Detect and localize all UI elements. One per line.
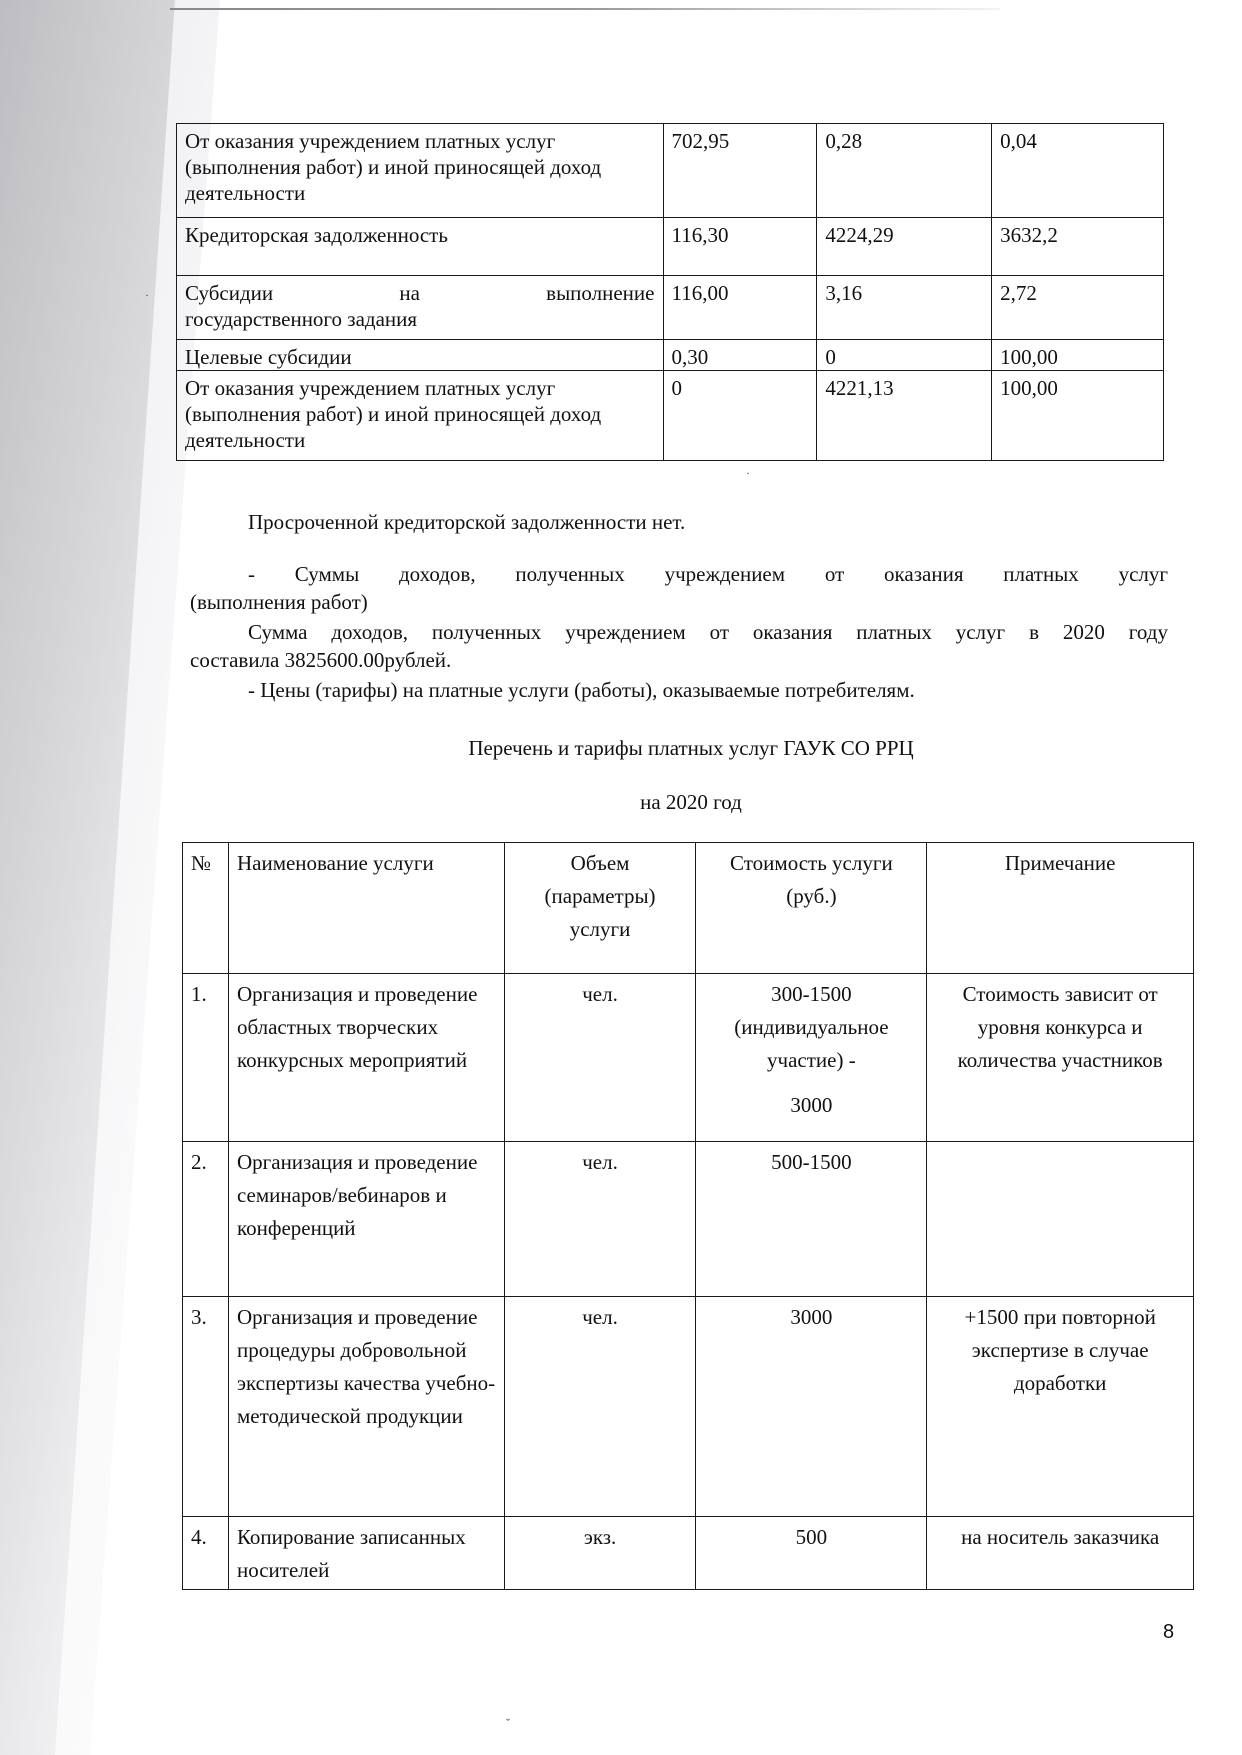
value-cell: 702,95 bbox=[663, 124, 817, 218]
value-cell: 0 bbox=[817, 340, 992, 371]
page-number: 8 bbox=[1163, 1621, 1174, 1644]
row-label-line2: государственного задания bbox=[185, 306, 655, 332]
label-word: выполнение bbox=[546, 280, 654, 306]
table-row: 3. Организация и проведение процедуры до… bbox=[183, 1297, 1194, 1517]
word: Сумма bbox=[248, 618, 307, 646]
service-cost: 500 bbox=[696, 1517, 927, 1590]
service-name: Организация и проведение процедуры добро… bbox=[228, 1297, 504, 1517]
word: оказания bbox=[753, 618, 832, 646]
table-row: Кредиторская задолженность 116,30 4224,2… bbox=[177, 218, 1164, 276]
service-cost: 3000 bbox=[696, 1297, 927, 1517]
row-label: Целевые субсидии bbox=[177, 340, 664, 371]
label-word: на bbox=[399, 280, 420, 306]
tariff-subtitle: на 2020 год bbox=[0, 790, 1242, 815]
scan-speck: ˇ bbox=[506, 1716, 510, 1731]
scan-speck: · bbox=[746, 466, 750, 481]
service-volume: чел. bbox=[504, 1297, 696, 1517]
word: доходов, bbox=[331, 618, 408, 646]
table-row: От оказания учреждением платных услуг (в… bbox=[177, 124, 1164, 218]
header-cost: Стоимость услуги (руб.) bbox=[696, 843, 927, 974]
header-note: Примечание bbox=[927, 843, 1194, 974]
income-sum-line1: Сумма доходов, полученных учреждением от… bbox=[190, 618, 1168, 646]
value-cell: 3,16 bbox=[817, 276, 992, 340]
service-volume: экз. bbox=[504, 1517, 696, 1590]
prices-heading: - Цены (тарифы) на платные услуги (работ… bbox=[248, 676, 915, 704]
service-note bbox=[927, 1142, 1194, 1297]
value-cell: 4221,13 bbox=[817, 371, 992, 461]
row-label-line1: Субсидии на выполнение bbox=[185, 280, 655, 306]
income-heading-line2: (выполнения работ) bbox=[190, 588, 1168, 616]
income-heading: - Суммы доходов, полученных учреждением … bbox=[190, 560, 1168, 616]
tariff-table: № Наименование услуги Объем (параметры) … bbox=[182, 842, 1194, 1590]
service-name: Организация и проведение семинаров/вебин… bbox=[228, 1142, 504, 1297]
service-volume: чел. bbox=[504, 974, 696, 1142]
value-cell: 0,30 bbox=[663, 340, 817, 371]
no-overdue-text: Просроченной кредиторской задолженности … bbox=[248, 508, 685, 536]
tariff-title: Перечень и тарифы платных услуг ГАУК СО … bbox=[0, 736, 1242, 761]
word: Суммы bbox=[295, 560, 359, 588]
word: услуг bbox=[1119, 560, 1168, 588]
word: услуг bbox=[956, 618, 1005, 646]
table-row: От оказания учреждением платных услуг (в… bbox=[177, 371, 1164, 461]
row-label: От оказания учреждением платных услуг (в… bbox=[177, 371, 664, 461]
scan-speck: · bbox=[145, 288, 149, 303]
finance-table: От оказания учреждением платных услуг (в… bbox=[176, 123, 1164, 461]
row-num: 1. bbox=[183, 974, 229, 1142]
service-volume: чел. bbox=[504, 1142, 696, 1297]
service-name: Организация и проведение областных творч… bbox=[228, 974, 504, 1142]
word: полученных bbox=[432, 618, 541, 646]
header-volume: Объем (параметры) услуги bbox=[504, 843, 696, 974]
value-cell: 0 bbox=[663, 371, 817, 461]
value-cell: 100,00 bbox=[992, 340, 1164, 371]
table-row: Субсидии на выполнение государственного … bbox=[177, 276, 1164, 340]
table-row: 2. Организация и проведение семинаров/ве… bbox=[183, 1142, 1194, 1297]
cost-extra: 3000 bbox=[704, 1089, 918, 1122]
table-row: 1. Организация и проведение областных тв… bbox=[183, 974, 1194, 1142]
value-cell: 4224,29 bbox=[817, 218, 992, 276]
word: от bbox=[710, 618, 729, 646]
value-cell: 116,30 bbox=[663, 218, 817, 276]
value-cell: 116,00 bbox=[663, 276, 817, 340]
word: оказания bbox=[884, 560, 963, 588]
row-num: 3. bbox=[183, 1297, 229, 1517]
document-page: От оказания учреждением платных услуг (в… bbox=[0, 0, 1242, 1755]
service-cost: 500-1500 bbox=[696, 1142, 927, 1297]
income-sum-line2: составила 3825600.00рублей. bbox=[190, 646, 1168, 674]
label-word: Субсидии bbox=[185, 280, 273, 306]
header-name: Наименование услуги bbox=[228, 843, 504, 974]
value-cell: 2,72 bbox=[992, 276, 1164, 340]
value-cell: 0,04 bbox=[992, 124, 1164, 218]
row-label: Субсидии на выполнение государственного … bbox=[177, 276, 664, 340]
word: платных bbox=[1003, 560, 1079, 588]
word: учреждением bbox=[565, 618, 685, 646]
income-sum: Сумма доходов, полученных учреждением от… bbox=[190, 618, 1168, 674]
word: году bbox=[1129, 618, 1168, 646]
income-heading-line1: - Суммы доходов, полученных учреждением … bbox=[190, 560, 1168, 588]
value-cell: 3632,2 bbox=[992, 218, 1164, 276]
word: от bbox=[825, 560, 844, 588]
word: - bbox=[248, 560, 255, 588]
cost-main: 300-1500 (индивидуальное участие) - bbox=[734, 982, 888, 1072]
row-label: От оказания учреждением платных услуг (в… bbox=[177, 124, 664, 218]
service-note: Стоимость зависит от уровня конкурса и к… bbox=[927, 974, 1194, 1142]
row-num: 2. bbox=[183, 1142, 229, 1297]
value-cell: 0,28 bbox=[817, 124, 992, 218]
table-header-row: № Наименование услуги Объем (параметры) … bbox=[183, 843, 1194, 974]
word: платных bbox=[856, 618, 932, 646]
row-label: Кредиторская задолженность bbox=[177, 218, 664, 276]
service-cost: 300-1500 (индивидуальное участие) - 3000 bbox=[696, 974, 927, 1142]
service-note: на носитель заказчика bbox=[927, 1517, 1194, 1590]
word: в bbox=[1029, 618, 1039, 646]
header-num: № bbox=[183, 843, 229, 974]
word: доходов, bbox=[399, 560, 476, 588]
service-name: Копирование записанных носителей bbox=[228, 1517, 504, 1590]
word: 2020 bbox=[1063, 618, 1105, 646]
table-row: 4. Копирование записанных носителей экз.… bbox=[183, 1517, 1194, 1590]
service-note: +1500 при повторной экспертизе в случае … bbox=[927, 1297, 1194, 1517]
value-cell: 100,00 bbox=[992, 371, 1164, 461]
word: учреждением bbox=[665, 560, 785, 588]
word: полученных bbox=[515, 560, 624, 588]
row-num: 4. bbox=[183, 1517, 229, 1590]
table-row: Целевые субсидии 0,30 0 100,00 bbox=[177, 340, 1164, 371]
